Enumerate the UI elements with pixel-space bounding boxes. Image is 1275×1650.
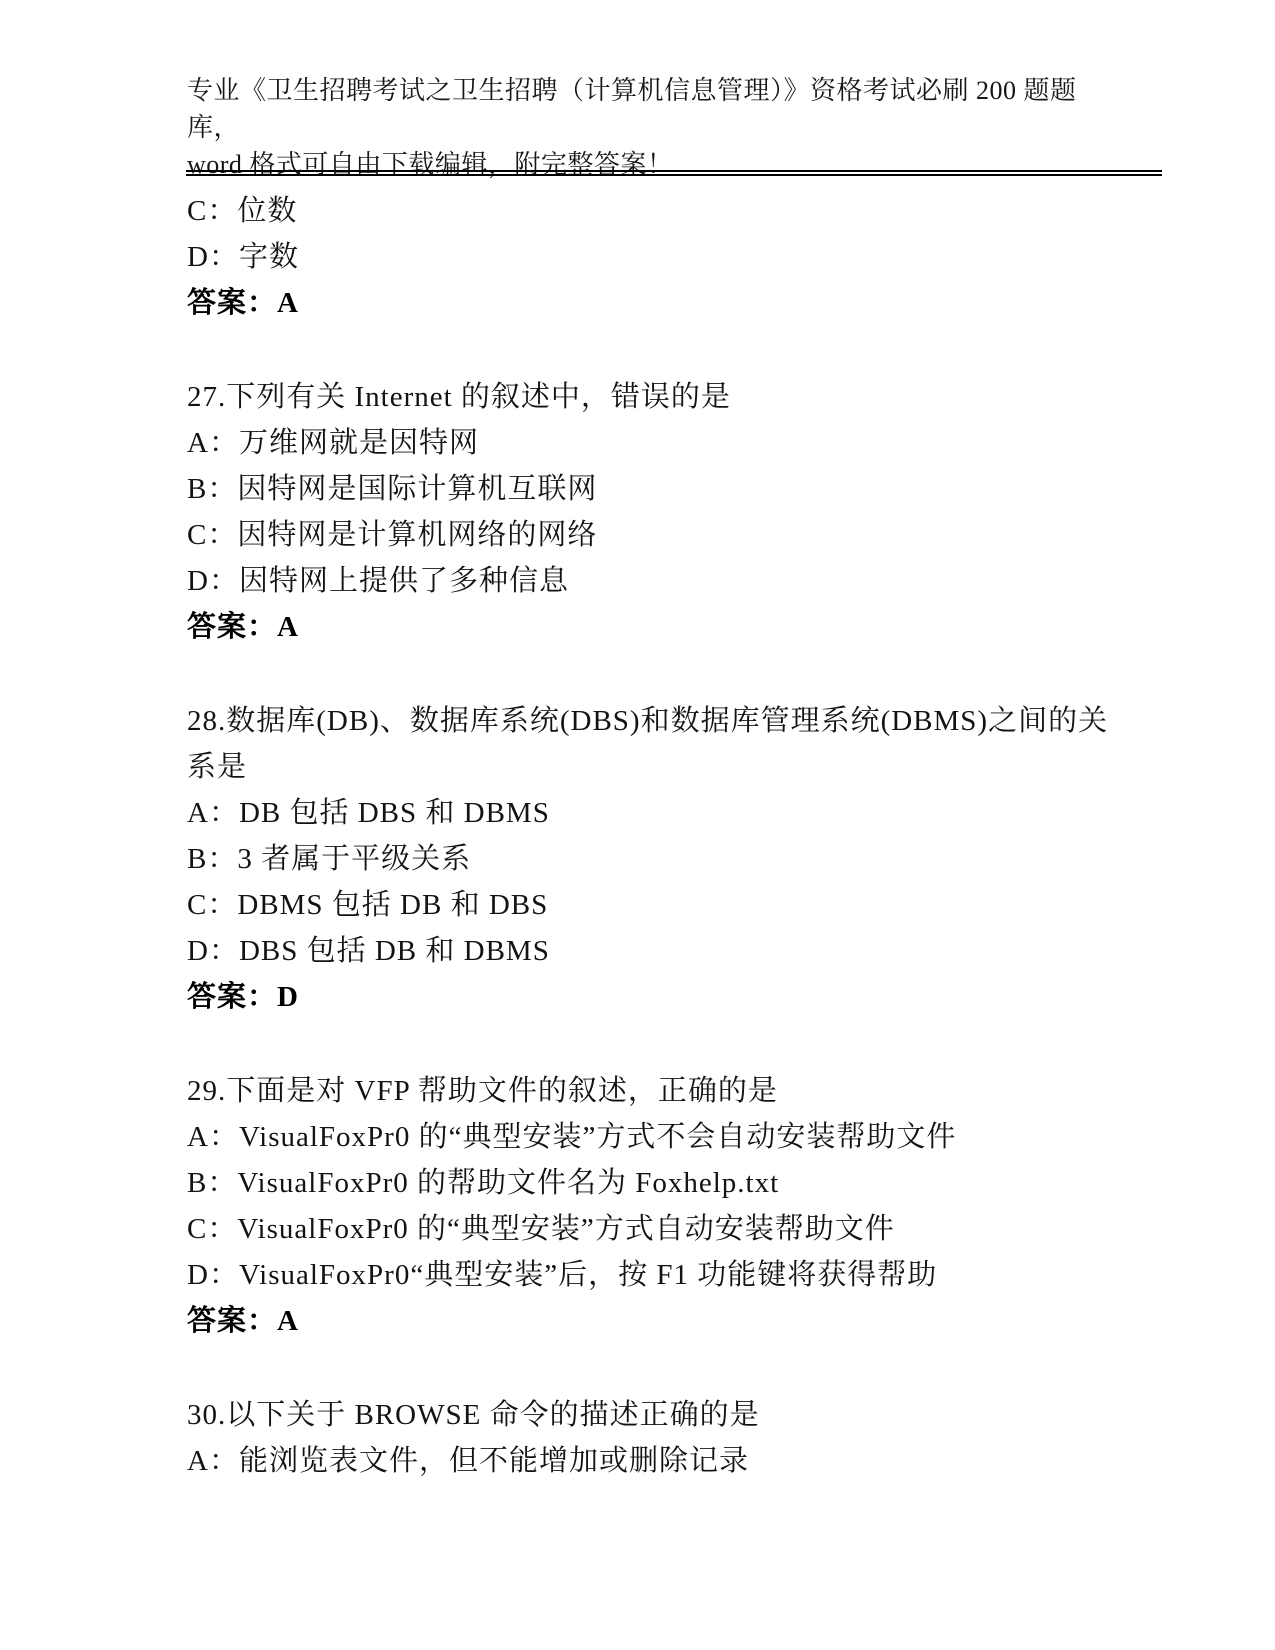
option-line: B：因特网是国际计算机互联网 — [187, 466, 1177, 512]
question-stem-continuation: 系是 — [187, 744, 1177, 790]
question-stem: 27.下列有关 Internet 的叙述中，错误的是 — [187, 374, 1177, 420]
answer-line: 答案：A — [187, 1298, 1177, 1344]
option-line: D：VisualFoxPr0“典型安装”后，按 F1 功能键将获得帮助 — [187, 1252, 1177, 1298]
option-line: D：因特网上提供了多种信息 — [187, 558, 1177, 604]
option-line: C：位数 — [187, 188, 1177, 234]
option-line: C：DBMS 包括 DB 和 DBS — [187, 882, 1177, 928]
option-line: C：VisualFoxPr0 的“典型安装”方式自动安装帮助文件 — [187, 1206, 1177, 1252]
answer-line: 答案：D — [187, 974, 1177, 1020]
document-page: 专业《卫生招聘考试之卫生招聘（计算机信息管理）》资格考试必刷 200 题题库， … — [0, 0, 1275, 1650]
option-line: C：因特网是计算机网络的网络 — [187, 512, 1177, 558]
option-line: A：DB 包括 DBS 和 DBMS — [187, 790, 1177, 836]
document-header: 专业《卫生招聘考试之卫生招聘（计算机信息管理）》资格考试必刷 200 题题库， … — [187, 72, 1117, 183]
header-divider — [186, 170, 1162, 176]
header-line-2: word 格式可自由下载编辑，附完整答案！ — [187, 146, 1117, 183]
option-line: D：字数 — [187, 234, 1177, 280]
answer-line: 答案：A — [187, 604, 1177, 650]
option-line: A：能浏览表文件，但不能增加或删除记录 — [187, 1438, 1177, 1484]
option-line: B：VisualFoxPr0 的帮助文件名为 Foxhelp.txt — [187, 1160, 1177, 1206]
option-line: D：DBS 包括 DB 和 DBMS — [187, 928, 1177, 974]
paragraph-spacer — [187, 326, 1177, 374]
answer-line: 答案：A — [187, 280, 1177, 326]
paragraph-spacer — [187, 1020, 1177, 1068]
header-line-1: 专业《卫生招聘考试之卫生招聘（计算机信息管理）》资格考试必刷 200 题题库， — [187, 72, 1117, 146]
question-stem: 28.数据库(DB)、数据库系统(DBS)和数据库管理系统(DBMS)之间的关 — [187, 698, 1177, 744]
question-stem: 30.以下关于 BROWSE 命令的描述正确的是 — [187, 1392, 1177, 1438]
option-line: B：3 者属于平级关系 — [187, 836, 1177, 882]
document-body: C：位数 D：字数 答案：A 27.下列有关 Internet 的叙述中，错误的… — [187, 188, 1177, 1484]
paragraph-spacer — [187, 1344, 1177, 1392]
option-line: A：VisualFoxPr0 的“典型安装”方式不会自动安装帮助文件 — [187, 1114, 1177, 1160]
option-line: A：万维网就是因特网 — [187, 420, 1177, 466]
paragraph-spacer — [187, 650, 1177, 698]
question-stem: 29.下面是对 VFP 帮助文件的叙述，正确的是 — [187, 1068, 1177, 1114]
